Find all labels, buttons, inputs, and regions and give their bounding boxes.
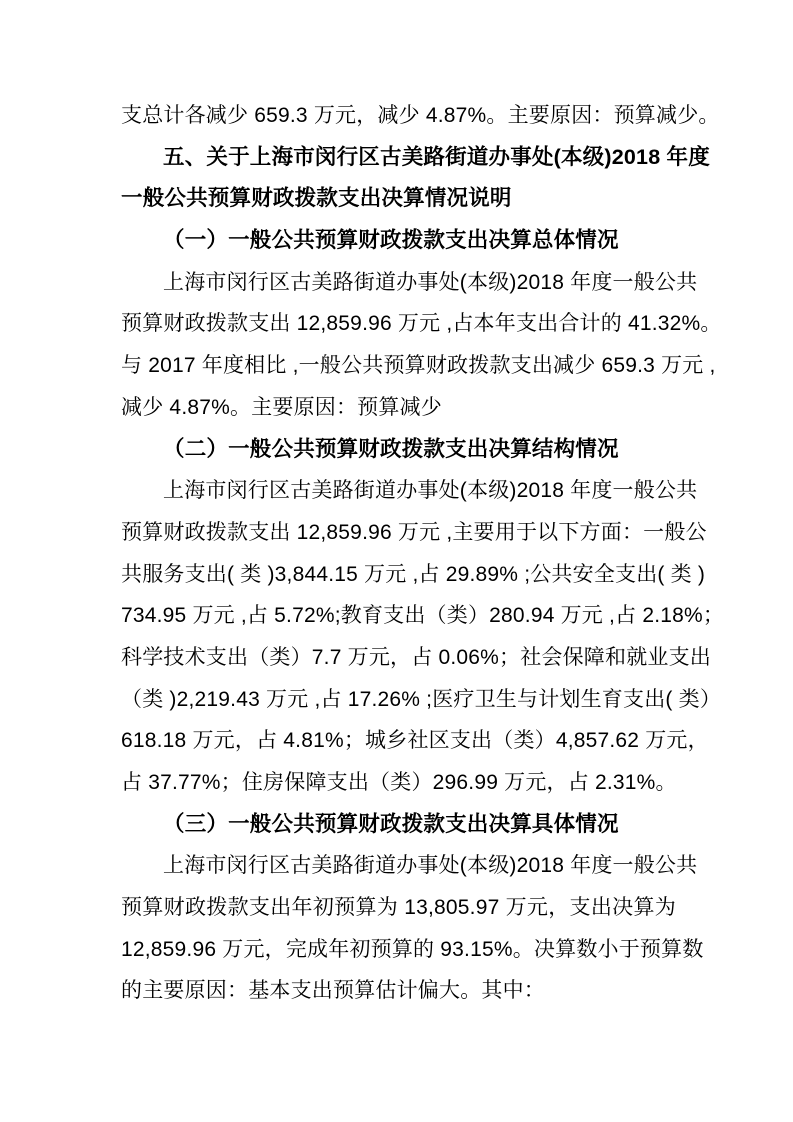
subsection-3-heading: （三）一般公共预算财政拨款支出决算具体情况 [121,804,676,846]
document-line: 上海市闵行区古美路街道办事处(本级)2018 年度一般公共 [121,845,676,887]
document-line: 与 2017 年度相比 ,一般公共预算财政拨款支出减少 659.3 万元 , [121,345,676,387]
document-line: 共服务支出( 类 )3,844.15 万元 ,占 29.89% ;公共安全支出(… [121,554,676,596]
document-line: 占 37.77%；住房保障支出（类）296.99 万元，占 2.31%。 [121,762,676,804]
document-line: 预算财政拨款支出 12,859.96 万元 ,占本年支出合计的 41.32%。 [121,303,676,345]
subsection-1-heading: （一）一般公共预算财政拨款支出决算总体情况 [121,220,676,262]
document-line: 减少 4.87%。主要原因：预算减少 [121,387,676,429]
document-line: 12,859.96 万元，完成年初预算的 93.15%。决算数小于预算数 [121,929,676,971]
document-line: 的主要原因：基本支出预算估计偏大。其中： [121,970,676,1012]
document-line: 734.95 万元 ,占 5.72%;教育支出（类）280.94 万元 ,占 2… [121,595,676,637]
section-5-heading-line: 一般公共预算财政拨款支出决算情况说明 [121,178,676,220]
subsection-2-heading: （二）一般公共预算财政拨款支出决算结构情况 [121,429,676,471]
document-line: 预算财政拨款支出年初预算为 13,805.97 万元，支出决算为 [121,887,676,929]
document-page: 支总计各减少 659.3 万元，减少 4.87%。主要原因：预算减少。 五、关于… [0,0,793,1122]
document-line: 科学技术支出（类）7.7 万元，占 0.06%；社会保障和就业支出 [121,637,676,679]
document-line: 618.18 万元，占 4.81%；城乡社区支出（类）4,857.62 万元， [121,720,676,762]
document-line: 上海市闵行区古美路街道办事处(本级)2018 年度一般公共 [121,262,676,304]
document-line: （类 )2,219.43 万元 ,占 17.26% ;医疗卫生与计划生育支出( … [121,679,676,721]
document-line: 支总计各减少 659.3 万元，减少 4.87%。主要原因：预算减少。 [121,95,676,137]
document-line: 预算财政拨款支出 12,859.96 万元 ,主要用于以下方面：一般公 [121,512,676,554]
section-5-heading-line: 五、关于上海市闵行区古美路街道办事处(本级)2018 年度 [121,137,676,179]
document-line: 上海市闵行区古美路街道办事处(本级)2018 年度一般公共 [121,470,676,512]
document-text-block: 支总计各减少 659.3 万元，减少 4.87%。主要原因：预算减少。 五、关于… [121,95,676,1012]
